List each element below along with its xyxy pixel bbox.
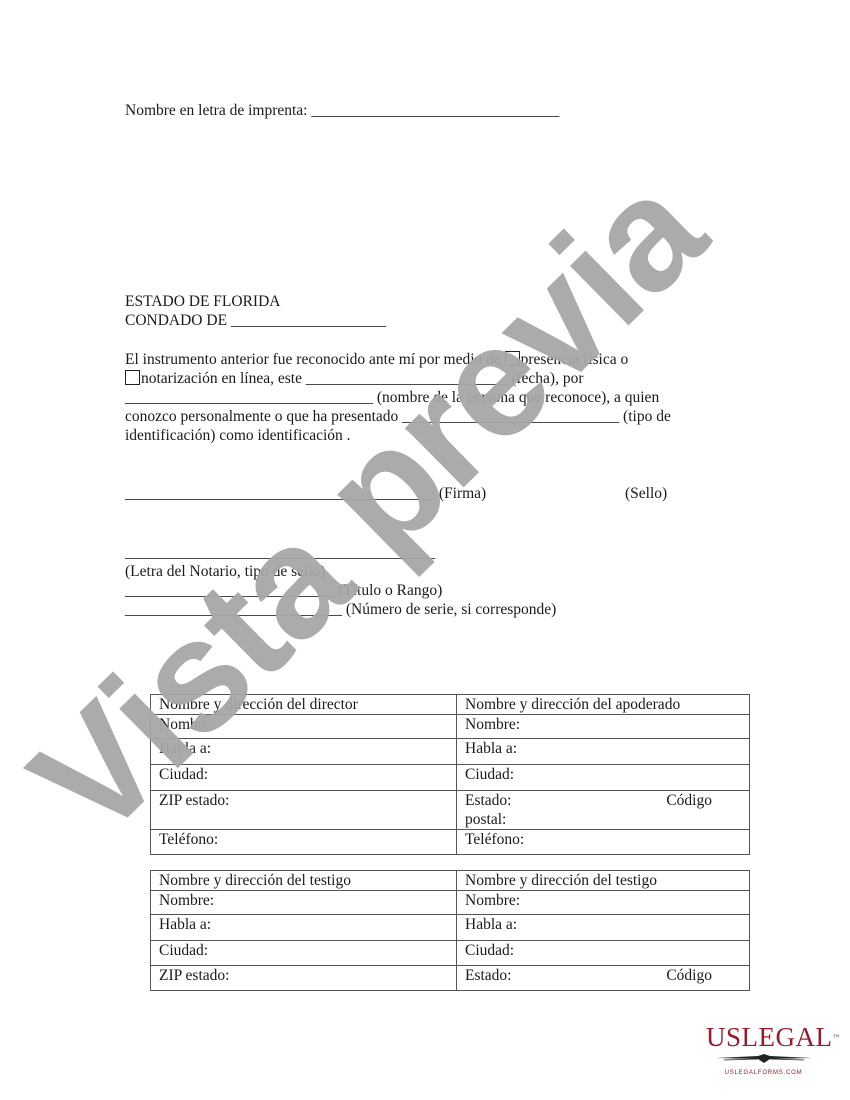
principal-zip-state-cell[interactable]: ZIP estado: bbox=[151, 791, 457, 830]
witness1-header: Nombre y dirección del testigo bbox=[151, 871, 457, 891]
notary-serial-blank[interactable]: ____________________________ bbox=[125, 601, 342, 618]
notary-name-label: (Letra del Notario, tipo de sello) bbox=[125, 562, 326, 581]
county-line: CONDADO DE ____________________ bbox=[125, 311, 386, 330]
ack-text: conozco personalmente o que ha presentad… bbox=[125, 408, 402, 425]
physical-presence-label: presencia física o bbox=[521, 351, 629, 368]
ack-line-2: notarización en línea, este ____________… bbox=[125, 369, 584, 388]
notary-serial-label: (Número de serie, si corresponde) bbox=[342, 601, 556, 618]
principal-phone-cell[interactable]: Teléfono: bbox=[151, 830, 457, 855]
witness1-address-cell[interactable]: Habla a: bbox=[151, 915, 457, 941]
table-row: ZIP estado: Estado:Código postal: bbox=[151, 791, 750, 830]
date-blank[interactable]: __________________________ bbox=[306, 370, 508, 387]
principal-name-cell[interactable]: Nombre: bbox=[151, 715, 457, 739]
table-row: Ciudad: Ciudad: bbox=[151, 765, 750, 791]
table-header-row: Nombre y dirección del director Nombre y… bbox=[151, 695, 750, 715]
table-row: Teléfono: Teléfono: bbox=[151, 830, 750, 855]
online-notarization-checkbox[interactable] bbox=[125, 370, 140, 385]
uslegal-logo: USLEGAL™ USLEGALFORMS.COM bbox=[706, 1024, 821, 1076]
county-blank[interactable]: ____________________ bbox=[231, 312, 386, 329]
id-type-blank[interactable]: ____________________________ bbox=[402, 408, 619, 425]
witness2-state-label: Estado: bbox=[465, 966, 512, 985]
ack-line-5: identificación) como identificación . bbox=[125, 426, 351, 445]
logo-brand: USLEGAL™ bbox=[706, 1024, 821, 1050]
witness1-name-cell[interactable]: Nombre: bbox=[151, 891, 457, 915]
principal-header: Nombre y dirección del director bbox=[151, 695, 457, 715]
date-label: (fecha), por bbox=[507, 370, 583, 387]
person-label: (nombre de la persona que reconoce), a q… bbox=[373, 389, 659, 406]
agent-phone-cell[interactable]: Teléfono: bbox=[457, 830, 750, 855]
agent-state-zip-cell[interactable]: Estado:Código postal: bbox=[457, 791, 750, 830]
printed-name-blank[interactable]: ________________________________ bbox=[311, 102, 559, 119]
table-row: Nombre: Nombre: bbox=[151, 891, 750, 915]
table-header-row: Nombre y dirección del testigo Nombre y … bbox=[151, 871, 750, 891]
agent-zip-label: Código bbox=[666, 791, 712, 810]
notary-serial-line: ____________________________ (Número de … bbox=[125, 600, 556, 619]
seal-label: (Sello) bbox=[625, 484, 667, 503]
witness2-header: Nombre y dirección del testigo bbox=[457, 871, 750, 891]
printed-name-line: Nombre en letra de imprenta: ___________… bbox=[125, 101, 559, 120]
id-type-label: (tipo de bbox=[619, 408, 671, 425]
ack-text: El instrumento anterior fue reconocido a… bbox=[125, 351, 505, 368]
agent-zip-label-cont: postal: bbox=[465, 810, 749, 829]
logo-trademark: ™ bbox=[833, 1033, 840, 1041]
agent-header: Nombre y dirección del apoderado bbox=[457, 695, 750, 715]
notary-title-label: (Título o Rango) bbox=[334, 582, 442, 599]
ack-line-4: conozco personalmente o que ha presentad… bbox=[125, 407, 671, 426]
eagle-wings-icon bbox=[714, 1054, 814, 1063]
agent-state-label: Estado: bbox=[465, 791, 512, 810]
county-label: CONDADO DE bbox=[125, 312, 227, 329]
agent-address-cell[interactable]: Habla a: bbox=[457, 739, 750, 765]
online-notarization-label: notarización en línea, este bbox=[141, 370, 306, 387]
table-row: Habla a: Habla a: bbox=[151, 739, 750, 765]
notary-title-line: ___________________________ (Título o Ra… bbox=[125, 581, 442, 600]
ack-line-1: El instrumento anterior fue reconocido a… bbox=[125, 350, 628, 369]
logo-url: USLEGALFORMS.COM bbox=[706, 1070, 821, 1076]
principal-city-cell[interactable]: Ciudad: bbox=[151, 765, 457, 791]
witness2-state-zip-cell[interactable]: Estado:Código bbox=[457, 966, 750, 991]
notary-title-blank[interactable]: ___________________________ bbox=[125, 582, 334, 599]
witness2-zip-label: Código bbox=[666, 966, 712, 985]
printed-name-label: Nombre en letra de imprenta: bbox=[125, 102, 307, 119]
witness1-zip-state-cell[interactable]: ZIP estado: bbox=[151, 966, 457, 991]
physical-presence-checkbox[interactable] bbox=[505, 351, 520, 366]
principal-agent-table: Nombre y dirección del director Nombre y… bbox=[150, 694, 750, 855]
table-row: Ciudad: Ciudad: bbox=[151, 941, 750, 966]
person-blank[interactable]: ________________________________ bbox=[125, 389, 373, 406]
witness2-city-cell[interactable]: Ciudad: bbox=[457, 941, 750, 966]
signature-blank[interactable]: ________________________________________ bbox=[125, 485, 435, 502]
state-heading: ESTADO DE FLORIDA bbox=[125, 292, 280, 311]
witness1-city-cell[interactable]: Ciudad: bbox=[151, 941, 457, 966]
agent-city-cell[interactable]: Ciudad: bbox=[457, 765, 750, 791]
ack-line-3: ________________________________ (nombre… bbox=[125, 388, 659, 407]
signature-label: (Firma) bbox=[435, 485, 486, 502]
witness2-name-cell[interactable]: Nombre: bbox=[457, 891, 750, 915]
table-row: Nombre: Nombre: bbox=[151, 715, 750, 739]
table-row: ZIP estado: Estado:Código bbox=[151, 966, 750, 991]
signature-line: ________________________________________… bbox=[125, 484, 486, 503]
logo-wordmark: USLEGAL bbox=[706, 1022, 833, 1052]
witness2-address-cell[interactable]: Habla a: bbox=[457, 915, 750, 941]
table-row: Habla a: Habla a: bbox=[151, 915, 750, 941]
agent-name-cell[interactable]: Nombre: bbox=[457, 715, 750, 739]
principal-address-cell[interactable]: Habla a: bbox=[151, 739, 457, 765]
notary-name-blank[interactable]: ________________________________________ bbox=[125, 543, 435, 562]
witnesses-table: Nombre y dirección del testigo Nombre y … bbox=[150, 870, 750, 991]
